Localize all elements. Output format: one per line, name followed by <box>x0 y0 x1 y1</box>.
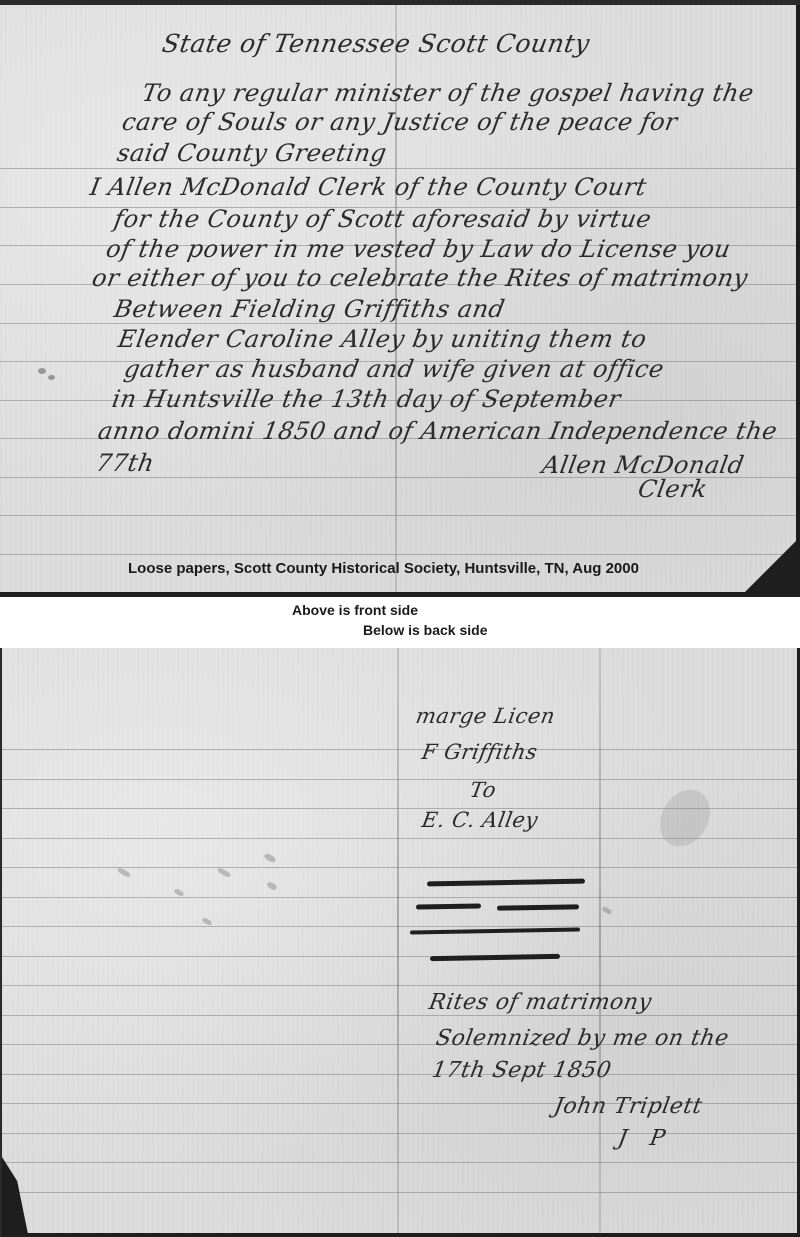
return-line: Rites of matrimony <box>427 990 654 1015</box>
front-side-scan: State of Tennessee Scott County To any r… <box>0 0 800 597</box>
return-line: Solemnized by me on the <box>434 1026 731 1051</box>
document-line: I Allen McDonald Clerk of the County Cou… <box>88 173 649 201</box>
document-line: anno domini 1850 and of American Indepen… <box>96 417 780 445</box>
docket-line: F Griffiths <box>420 740 540 764</box>
document-line: or either of you to celebrate the Rites … <box>90 264 750 292</box>
ruled-line <box>2 956 800 957</box>
ink-bleed <box>201 917 212 926</box>
ink-stain <box>38 368 46 374</box>
water-stain <box>650 781 720 856</box>
ruled-line <box>2 1192 800 1193</box>
ruled-line <box>0 168 800 169</box>
ruled-line <box>2 1074 800 1075</box>
docket-line: marge Licen <box>414 704 557 728</box>
docket-line: E. C. Alley <box>420 808 540 832</box>
ink-bleed <box>173 888 184 897</box>
ruled-line <box>2 985 800 986</box>
document-line: for the County of Scott aforesaid by vir… <box>112 205 654 233</box>
ruled-line <box>2 1133 800 1134</box>
document-line: Between Fielding Griffiths and <box>112 295 507 323</box>
ink-stain <box>48 375 55 380</box>
struck-out-line <box>430 954 560 961</box>
source-caption: Loose papers, Scott County Historical So… <box>128 560 639 577</box>
ruled-line <box>0 554 800 555</box>
document-line: 77th <box>94 449 157 477</box>
document-line: said County Greeting <box>115 139 389 167</box>
clerk-title: Clerk <box>636 475 710 503</box>
torn-corner <box>2 1157 40 1237</box>
scan-edge <box>0 592 800 597</box>
struck-out-line <box>427 879 585 887</box>
ruled-line <box>2 749 800 750</box>
ink-bleed <box>266 881 278 891</box>
document-line: To any regular minister of the gospel ha… <box>140 79 756 107</box>
ink-bleed <box>601 906 612 915</box>
ink-bleed <box>117 867 132 878</box>
ink-bleed <box>263 852 276 863</box>
document-line: gather as husband and wife given at offi… <box>122 355 666 383</box>
ink-bleed <box>217 867 232 878</box>
ruled-line <box>0 323 800 324</box>
struck-out-line <box>410 928 580 935</box>
ruled-line <box>2 1015 800 1016</box>
justice-title: J P <box>616 1126 675 1151</box>
ruled-line <box>2 779 800 780</box>
torn-corner <box>740 537 800 597</box>
document-line: care of Souls or any Justice of the peac… <box>120 108 680 136</box>
ruled-line <box>0 515 800 516</box>
document-line: of the power in me vested by Law do Lice… <box>104 235 733 263</box>
struck-out-line <box>497 904 579 910</box>
docket-line: To <box>468 778 498 802</box>
back-side-scan: marge Licen F Griffiths To E. C. Alley R… <box>0 648 800 1237</box>
front-side-note: Above is front side <box>292 602 418 618</box>
ruled-line <box>2 897 800 898</box>
ruled-line <box>2 926 800 927</box>
document-line: in Huntsville the 13th day of September <box>110 385 623 413</box>
scan-edge <box>2 1233 800 1237</box>
struck-out-line <box>416 903 481 909</box>
justice-signature: John Triplett <box>552 1094 704 1119</box>
fold-line <box>599 648 601 1237</box>
fold-line <box>397 648 399 1237</box>
scan-edge <box>796 5 800 597</box>
document-line: Elender Caroline Alley by uniting them t… <box>116 325 649 353</box>
ruled-line <box>2 1162 800 1163</box>
back-side-note: Below is back side <box>363 622 488 638</box>
document-heading: State of Tennessee Scott County <box>160 29 592 58</box>
return-line: 17th Sept 1850 <box>430 1058 613 1083</box>
